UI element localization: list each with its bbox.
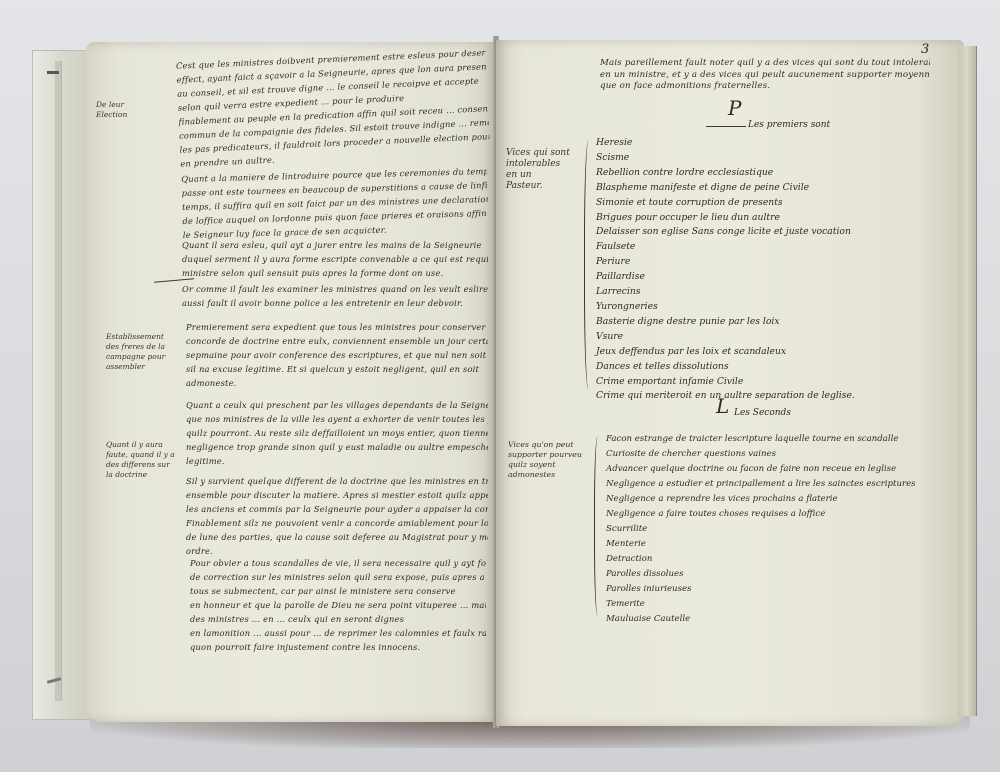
margin-note: De leur Election [96,100,156,120]
vices-list-second: Facon estrange de traicter lescripture l… [606,432,916,627]
list-item: Jeux deffendus par les loix et scandaleu… [596,345,855,360]
paragraph: Pour obvier a tous scandalles de vie, il… [190,556,486,654]
vices-list-first: Heresie Scisme Rebellion contre lordre e… [596,136,855,404]
list-item: Crime emportant infamie Civile [596,375,855,390]
list-item: Basterie digne destre punie par les loix [596,315,855,330]
list-item: Negligence a reprendre les vices prochai… [606,492,916,507]
paragraph: Quant a la maniere de lintroduire pource… [181,164,489,242]
list-item: Delaisser son eglise Sans conge licite e… [596,225,855,240]
list-brace [594,436,603,616]
list-item: Temerite [606,597,916,612]
margin-note: Quant il y aura faute, quand il y a des … [106,440,176,480]
paragraph: Quant a ceulx qui preschent par les vill… [186,398,488,468]
list-item: Scisme [596,151,855,166]
heading-first: Les premiers sont [748,120,830,130]
page-stack-edge-right [958,46,977,716]
page-number: 3 [921,42,929,57]
page-stack-edge [55,61,62,701]
list-item: Negligence a estudier et principallement… [606,477,916,492]
heading-initial: L [716,394,729,418]
margin-note: Vices qu'on peut supporter pourveu quilz… [508,440,592,480]
paragraph: Sil y survient quelque different de la d… [186,474,488,558]
paragraph: Cest que les ministres doibvent premiere… [176,45,491,170]
margin-note: Establissement des freres de la campagne… [106,332,176,372]
heading-second: Les Seconds [734,408,791,418]
left-page: De leur Election Establissement des frer… [86,42,496,722]
list-item: Vsure [596,330,855,345]
list-item: Yurongneries [596,300,855,315]
cover-mark [47,71,59,74]
paragraph: Or comme il fault les examiner les minis… [182,282,488,310]
list-item: Mauluaise Cautelle [606,612,916,627]
heading-initial: P [728,96,741,120]
list-brace [584,140,595,390]
list-item: Menterie [606,537,916,552]
list-item: Dances et telles dissolutions [596,360,855,375]
intro-paragraph: Mais pareillement fault noter quil y a d… [600,58,930,93]
list-item: Periure [596,255,855,270]
list-item: Simonie et toute corruption de presents [596,196,855,211]
list-item: Blaspheme manifeste et digne de peine Ci… [596,181,855,196]
list-item: Curiosite de chercher questions vaines [606,447,916,462]
list-item: Facon estrange de traicter lescripture l… [606,432,916,447]
list-item: Larrecins [596,285,855,300]
list-item: Paillardise [596,270,855,285]
list-item: Parolles iniurieuses [606,582,916,597]
list-item: Advancer quelque doctrine ou facon de fa… [606,462,916,477]
paragraph: Premierement sera expedient que tous les… [186,320,488,390]
list-item: Scurrilite [606,522,916,537]
list-item: Rebellion contre lordre ecclesiastique [596,166,855,181]
list-item: Faulsete [596,240,855,255]
list-item: Parolles dissolues [606,567,916,582]
list-item: Brigues pour occuper le lieu dun aultre [596,211,855,226]
margin-note: Vices qui sont intolerables en un Pasteu… [506,148,570,192]
list-item: Heresie [596,136,855,151]
right-page: 3 Mais pareillement fault noter quil y a… [496,40,964,726]
heading-rule [706,126,746,127]
paragraph: Quant il sera esleu, quil ayt a jurer en… [182,238,488,280]
list-item: Detraction [606,552,916,567]
list-item: Negligence a faire toutes choses requise… [606,507,916,522]
